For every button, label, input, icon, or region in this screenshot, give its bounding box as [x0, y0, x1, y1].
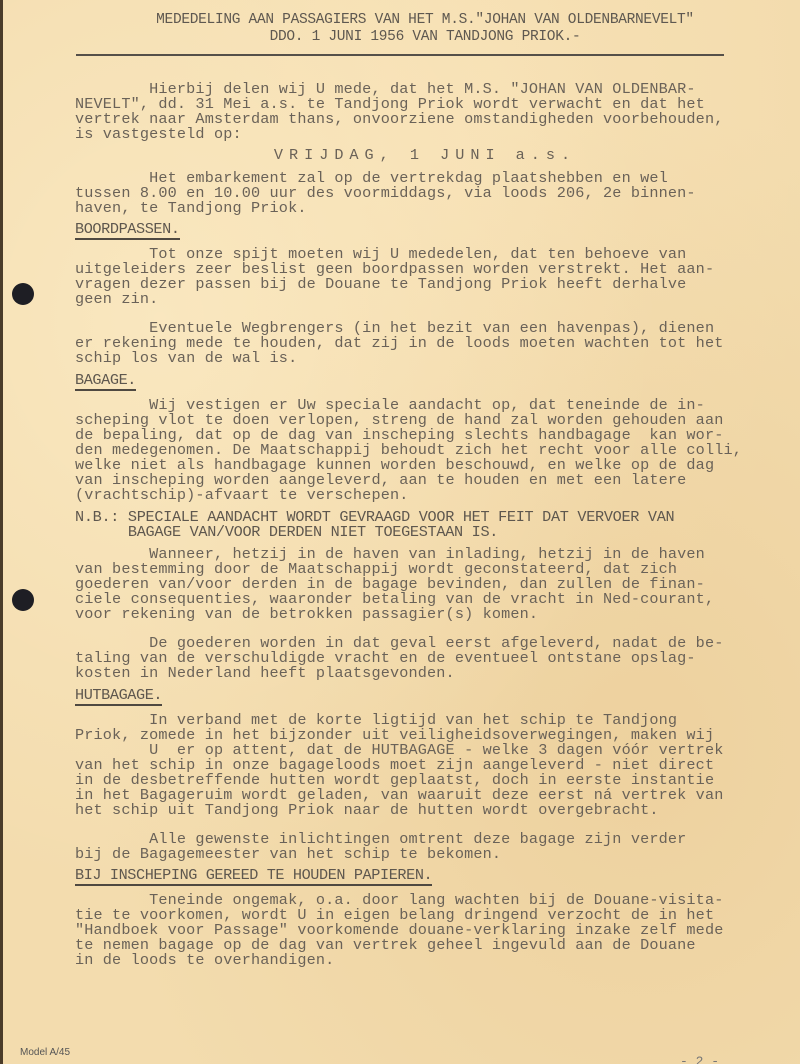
paragraph: Alle gewenste inlichtingen omtrent deze …	[75, 832, 775, 862]
paragraph: Tot onze spijt moeten wij U mededelen, d…	[75, 247, 775, 307]
form-model-number: Model A/45	[20, 1047, 70, 1058]
text-line: haven, te Tandjong Priok.	[75, 201, 775, 216]
text-line: BAGAGE VAN/VOOR DERDEN NIET TOEGESTAAN I…	[75, 525, 775, 540]
section-heading-hutbagage: HUTBAGAGE.	[75, 688, 162, 706]
punch-hole-icon	[12, 589, 34, 611]
page-number: - 2 -	[680, 1054, 719, 1064]
document-title: MEDEDELING AAN PASSAGIERS VAN HET M.S."J…	[75, 12, 775, 46]
text-line: het schip uit Tandjong Priok naar de hut…	[75, 803, 775, 818]
paragraph: Eventuele Wegbrengers (in het bezit van …	[75, 321, 775, 366]
text-line: vragen dezer passen bij de Douane te Tan…	[75, 277, 775, 292]
text-line: in de loods te overhandigen.	[75, 953, 775, 968]
paragraph: In verband met de korte ligtijd van het …	[75, 713, 775, 818]
paper-left-edge	[0, 0, 3, 1064]
text-line: (vrachtschip)-afvaart te verschepen.	[75, 488, 775, 503]
section-heading-papieren: BIJ INSCHEPING GEREED TE HOUDEN PAPIEREN…	[75, 868, 432, 886]
departure-date: VRIJDAG, 1 JUNI a.s.	[75, 148, 775, 163]
text-line: kosten in Nederland heeft plaatsgevonden…	[75, 666, 775, 681]
text-line: bij de Bagagemeester van het schip te be…	[75, 847, 775, 862]
title-line-2: DDO. 1 JUNI 1956 VAN TANDJONG PRIOK.-	[75, 29, 775, 46]
text-line: schip los van de wal is.	[75, 351, 775, 366]
paragraph: Teneinde ongemak, o.a. door lang wachten…	[75, 893, 775, 968]
text-line: geen zin.	[75, 292, 775, 307]
text-line: is vastgesteld op:	[75, 127, 775, 142]
typewritten-document: MEDEDELING AAN PASSAGIERS VAN HET M.S."J…	[75, 12, 775, 968]
punch-hole-icon	[12, 283, 34, 305]
nb-notice: N.B.: SPECIALE AANDACHT WORDT GEVRAAGD V…	[75, 510, 775, 540]
section-heading-bagage: BAGAGE.	[75, 373, 136, 391]
title-line-1: MEDEDELING AAN PASSAGIERS VAN HET M.S."J…	[75, 12, 775, 29]
paragraph: Wanneer, hetzij in de haven van inlading…	[75, 547, 775, 622]
section-heading-boordpassen: BOORDPASSEN.	[75, 222, 180, 240]
paragraph: Wij vestigen er Uw speciale aandacht op,…	[75, 398, 775, 503]
embark-paragraph: Het embarkement zal op de vertrekdag pla…	[75, 171, 775, 216]
text-line: voor rekening van de betrokken passagier…	[75, 607, 775, 622]
intro-paragraph: Hierbij delen wij U mede, dat het M.S. "…	[75, 82, 775, 142]
paragraph: De goederen worden in dat geval eerst af…	[75, 636, 775, 681]
